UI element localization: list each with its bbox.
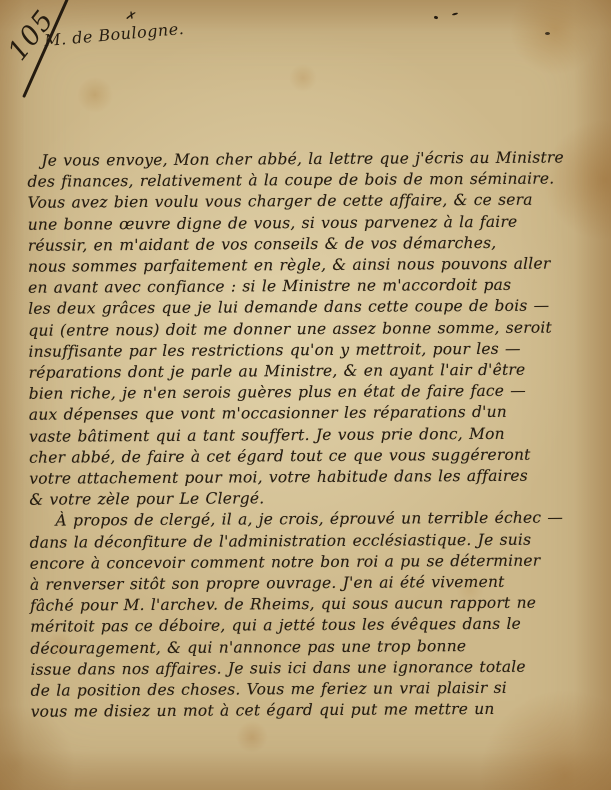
letter-body: Je vous envoye, Mon cher abbé, la lettre… bbox=[27, 147, 596, 723]
letter-line: vous me disiez un mot à cet égard qui pu… bbox=[31, 699, 597, 724]
ink-speck bbox=[452, 12, 458, 15]
letter-line: votre attachement pour moi, votre habitu… bbox=[29, 465, 595, 490]
addressee-note: M. de Boulogne. bbox=[44, 21, 185, 49]
manuscript-page: 105 ✗ M. de Boulogne. Je vous envoye, Mo… bbox=[0, 0, 611, 790]
insertion-mark-icon: ✗ bbox=[124, 9, 137, 24]
letter-line: les deux grâces que je lui demande dans … bbox=[28, 296, 594, 321]
letter-line: une bonne œuvre digne de vous, si vous p… bbox=[28, 211, 594, 236]
letter-line: encore à concevoir comment notre bon roi… bbox=[30, 550, 596, 575]
ink-speck bbox=[434, 15, 439, 19]
letter-line: issue dans nos affaires. Je suis ici dan… bbox=[30, 656, 596, 681]
letter-line: À propos de clergé, il a, je crois, épro… bbox=[29, 508, 595, 533]
letter-line: bien riche, je n'en serois guères plus e… bbox=[29, 381, 595, 406]
letter-line: méritoit pas ce déboire, qui a jetté tou… bbox=[30, 614, 596, 639]
ink-speck bbox=[545, 32, 550, 35]
letter-line: Vous avez bien voulu vous charger de cet… bbox=[28, 190, 594, 215]
